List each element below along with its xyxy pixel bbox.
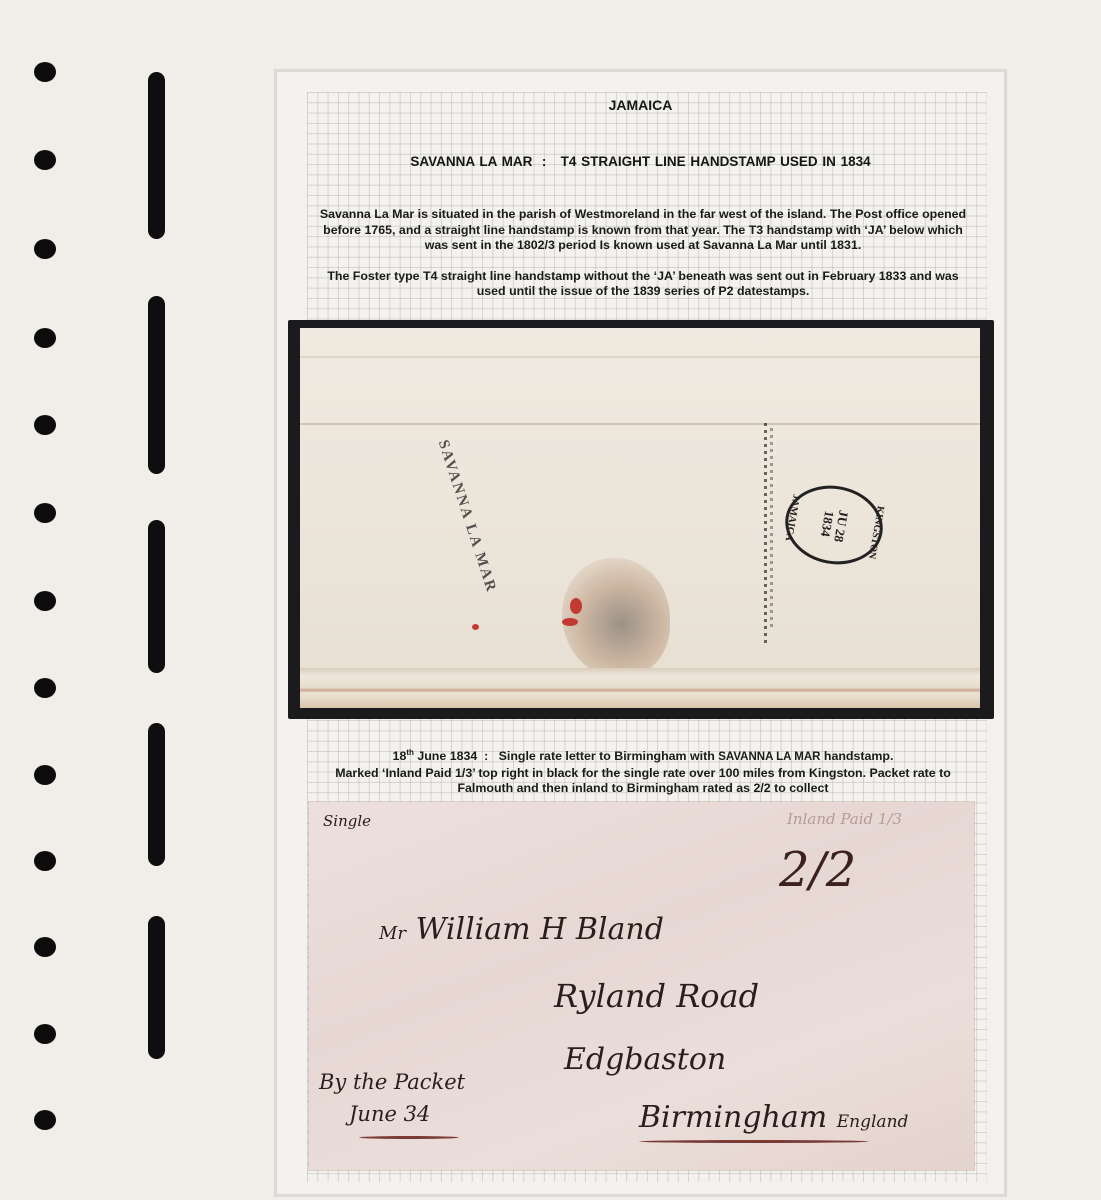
cover-front-image: Single Inland Paid 1/3 2/2 Mr William H … (309, 802, 974, 1170)
caption-line-1: 18th June 1834 : Single rate letter to B… (317, 745, 969, 766)
savanna-la-mar-handstamp: SAVANNA LA MAR (434, 438, 500, 595)
binder-hole (34, 591, 56, 611)
packet-endorsement-date: June 34 (349, 1102, 430, 1126)
wax-seal-remnant (562, 558, 670, 678)
caption-line-2: Marked ‘Inland Paid 1/3’ top right in bl… (317, 766, 969, 797)
fold-line (300, 356, 980, 358)
address-line-1: Mr William H Bland (379, 912, 664, 947)
transit-mark (764, 423, 767, 643)
binder-slot (148, 916, 165, 1059)
binder-hole (34, 62, 56, 82)
cover-back-mount: SAVANNA LA MAR JU 28 1834 KINGSTON JAMAI… (288, 320, 994, 719)
binder-slot (148, 72, 165, 239)
backstamp-town: KINGSTON (866, 505, 886, 560)
binder-hole (34, 851, 56, 871)
binder-hole (34, 150, 56, 170)
address-line-4: Birmingham England (639, 1100, 908, 1135)
intro-paragraph-2: The Foster type T4 straight line handsta… (317, 269, 969, 300)
page-subtitle: SAVANNA LA MAR : T4 STRAIGHT LINE HANDST… (277, 154, 1004, 169)
binder-hole (34, 937, 56, 957)
binder-hole (34, 678, 56, 698)
binder-hole (34, 1110, 56, 1130)
red-wax-spot (570, 598, 582, 614)
fold-line (300, 423, 980, 425)
binder-slot (148, 723, 165, 866)
cover-fold-edge (300, 668, 980, 708)
single-endorsement: Single (323, 812, 371, 830)
binder-hole (34, 1024, 56, 1044)
page-title: JAMAICA (277, 97, 1004, 113)
address-line-3: Edgbaston (564, 1042, 726, 1077)
binder-slot (148, 296, 165, 474)
binder-hole (34, 239, 56, 259)
backstamp-country: JAMAICA (783, 493, 802, 541)
binder-hole (34, 415, 56, 435)
cover-back-image: SAVANNA LA MAR JU 28 1834 KINGSTON JAMAI… (300, 328, 980, 708)
binder-hole (34, 765, 56, 785)
kingston-backstamp: JU 28 1834 KINGSTON JAMAICA (779, 478, 889, 572)
binder-slot (148, 520, 165, 673)
handstamp-name: SAVANNA LA MAR (718, 751, 820, 763)
intro-text: Savanna La Mar is situated in the parish… (317, 207, 969, 315)
backstamp-date: JU 28 1834 (817, 507, 850, 544)
binder-hole (34, 328, 56, 348)
intro-paragraph-1: Savanna La Mar is situated in the parish… (317, 207, 969, 254)
red-wax-spot (472, 624, 479, 630)
postage-due-rate: 2/2 (779, 842, 856, 898)
address-underline (639, 1140, 869, 1143)
inland-paid-mark: Inland Paid 1/3 (787, 810, 902, 828)
cover-caption: 18th June 1834 : Single rate letter to B… (317, 745, 969, 797)
red-wax-spot (562, 618, 578, 626)
address-line-2: Ryland Road (554, 977, 759, 1015)
packet-endorsement: By the Packet (319, 1070, 465, 1094)
endorsement-underline (359, 1136, 459, 1139)
album-page: JAMAICA SAVANNA LA MAR : T4 STRAIGHT LIN… (274, 69, 1007, 1197)
transit-mark (770, 428, 773, 628)
binder-hole (34, 503, 56, 523)
